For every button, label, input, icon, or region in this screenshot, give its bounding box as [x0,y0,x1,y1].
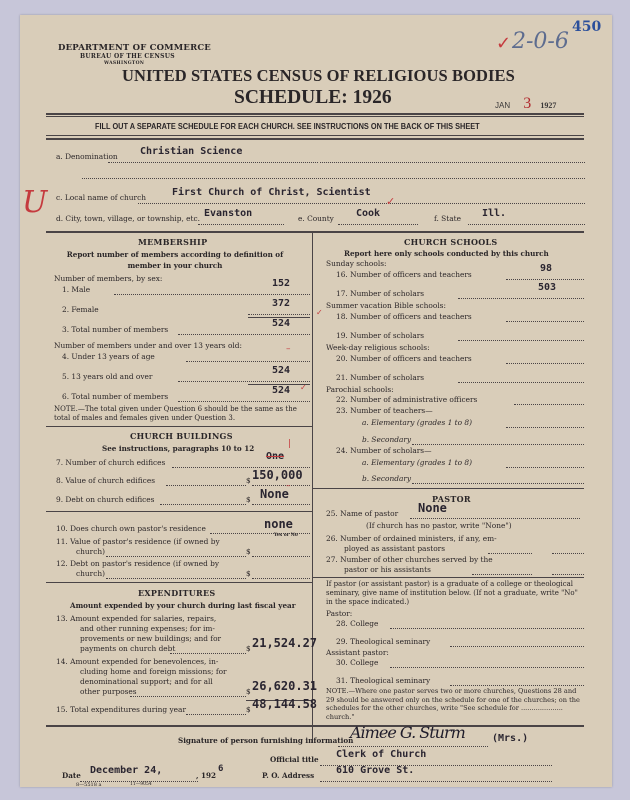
dotted-line [410,518,580,519]
expenditures-heading: EXPENDITURES [138,588,215,598]
dotted-line [390,628,584,629]
schools-heading: CHURCH SCHOOLS [404,237,498,247]
bureau-label: BUREAU OF THE CENSUS [80,53,175,60]
q27-label-2: pastor or his assistants [344,565,431,574]
q19-label: 19. Number of scholars [336,331,424,340]
q2-label: 2. Female [62,305,99,314]
dotted-line [338,224,418,225]
stamp-month: JAN [495,101,510,110]
dotted-line [514,404,584,405]
dotted-line [338,746,488,747]
check-mark-icon: ✓ [386,195,395,208]
summer-schools-label: Summer vacation Bible schools: [326,301,446,310]
divider [46,116,584,117]
q5-over13-field[interactable]: 524 [272,365,290,376]
stamp-number: 450 [572,19,601,35]
q11-label-2: church) [76,547,105,556]
divider [46,135,584,136]
q9-dollar: $ [246,495,251,504]
weekday-schools-label: Week-day religious schools: [326,343,430,352]
q22-label: 22. Number of administrative officers [336,395,477,404]
dotted-line [130,696,246,697]
dotted-line [552,574,584,575]
county-field[interactable]: Cook [356,208,380,219]
dotted-line [82,178,585,179]
dotted-line [468,224,585,225]
print-number: 11—9054 [130,782,152,787]
margin-mark: U [22,185,47,220]
dotted-line [252,485,310,486]
local-name-label: c. Local name of church [56,193,146,202]
address-label: P. O. Address [262,771,314,780]
dotted-line [450,685,584,686]
q8-label: 8. Value of church edifices [56,476,155,485]
dotted-line [506,427,584,428]
buildings-subheading: See instructions, paragraphs 10 to 12 [102,444,254,453]
q10-label: 10. Does church own pastor's residence [56,524,206,533]
official-title-label: Official title [270,755,319,764]
q2-female-field[interactable]: 372 [272,298,290,309]
graduate-note: If pastor (or assistant pastor) is a gra… [326,580,582,607]
q8-dollar: $ [246,476,251,485]
dotted-line [178,334,310,335]
check-mark-icon: ✓ [316,308,323,317]
q11-dollar: $ [246,547,251,556]
q15-label: 15. Total expenditures during year [56,705,186,714]
dotted-line [114,294,310,295]
schools-subheading: Report here only schools conducted by th… [344,249,549,258]
divider [46,582,312,583]
date-label: Date [62,771,81,780]
buildings-heading: CHURCH BUILDINGS [130,431,233,441]
department-label: DEPARTMENT OF COMMERCE [58,43,211,53]
q20-label: 20. Number of officers and teachers [336,354,472,363]
dotted-line [248,314,310,315]
q26-label: 26. Number of ordained ministers, if any… [326,534,497,543]
q26-label-2: ployed as assistant pastors [344,544,445,553]
dash-mark: – [286,481,291,491]
dotted-line [320,781,552,782]
dotted-line [450,646,584,647]
dotted-line [106,556,246,557]
divider [46,426,312,427]
q25-hint: (If church has no pastor, write "None") [366,521,512,530]
divider [46,138,584,140]
divider [312,488,584,489]
check-mark-icon: ✓ [300,383,307,392]
q18-label: 18. Number of officers and teachers [336,312,472,321]
q14-line: other purposes [80,687,137,696]
local-name-field[interactable]: First Church of Christ, Scientist [172,187,371,198]
q16-field[interactable]: 98 [540,263,552,274]
divider [46,231,584,233]
q9-label: 9. Debt on church edifices [56,495,154,504]
census-schedule-sheet: DEPARTMENT OF COMMERCE BUREAU OF THE CEN… [20,15,612,787]
by-sex-label: Number of members, by sex: [54,274,162,283]
age-label: Number of members under and over 13 year… [54,341,242,350]
year-prefix: , 192 [196,771,216,780]
q24b-label: b. Secondary [362,474,411,483]
q31-label: 31. Theological seminary [336,676,430,685]
q13-line: provements or new buildings; and for [80,634,221,643]
q23-label: 23. Number of teachers— [336,406,433,415]
signature-suffix: (Mrs.) [492,733,528,744]
dotted-line [108,162,318,163]
tick-mark: | [288,439,291,449]
dotted-line [458,298,584,299]
q16-label: 16. Number of officers and teachers [336,270,472,279]
q29-label: 29. Theological seminary [336,637,430,646]
dotted-line [252,504,310,505]
sunday-schools-label: Sunday schools: [326,259,386,268]
pastor-note: NOTE.—Where one pastor serves two or mor… [326,687,584,721]
q11-label: 11. Value of pastor's residence (if owne… [56,537,220,546]
q21-label: 21. Number of scholars [336,373,424,382]
q4-label: 4. Under 13 years of age [62,352,155,361]
q23b-label: b. Secondary [362,435,411,444]
q17-field[interactable]: 503 [538,282,556,293]
instruction-banner: FILL OUT A SEPARATE SCHEDULE FOR EACH CH… [95,122,480,131]
q7-label: 7. Number of church edifices [56,458,165,467]
dotted-line [160,504,246,505]
q3-label: 3. Total number of members [62,325,168,334]
dotted-line [198,224,284,225]
expenditures-subheading: Amount expended by your church during la… [70,601,295,610]
q13-line: and other running expenses; for im- [80,624,215,633]
divider [46,725,584,727]
dotted-line [106,578,246,579]
q9-debt-field[interactable]: None [260,487,289,501]
form-number: 8—5518 a [76,782,101,788]
dotted-line [186,361,310,362]
q15-dollar: $ [246,705,251,714]
check-mark-icon: ✓ [496,33,511,54]
county-label: e. County [298,214,334,223]
membership-subheading: Report number of members according to de… [64,249,286,271]
dotted-line [458,382,584,383]
q6-label: 6. Total number of members [62,392,168,401]
dotted-line [458,340,584,341]
q13-line: 13. Amount expended for salaries, repair… [56,614,216,623]
q14-dollar: $ [246,687,251,696]
signature-label: Signature of person furnishing informati… [178,736,353,745]
q27-label: 27. Number of other churches served by t… [326,555,493,564]
denomination-label: a. Denomination [56,152,118,161]
dotted-line [506,363,584,364]
divider [46,113,584,115]
q3-total-field[interactable]: 524 [272,318,290,329]
pastor-sub-label: Pastor: [326,609,352,618]
dash-mark: – [286,344,291,354]
assistant-pastor-label: Assistant pastor: [326,648,389,657]
dotted-line [506,321,584,322]
dotted-line [166,485,246,486]
q14-line: cluding home and foreign missions; for [80,667,227,676]
parochial-schools-label: Parochial schools: [326,385,394,394]
denomination-field[interactable]: Christian Science [140,146,242,157]
q14-amount-field[interactable]: 26,620.31 [252,679,317,693]
dotted-line [320,162,585,163]
dotted-line [178,381,310,382]
dotted-line [390,667,584,668]
q28-label: 28. College [336,619,378,628]
stamp-day: 3 [523,95,531,112]
q10-hint: Yes or No [274,533,298,538]
q12-label-2: church) [76,569,105,578]
q1-male-field[interactable]: 152 [272,278,290,289]
city-label: d. City, town, village, or township, etc… [56,214,200,223]
divider [46,511,312,512]
dotted-line [412,483,584,484]
dotted-line [412,444,584,445]
state-field[interactable]: Ill. [482,208,506,219]
q8-value-field[interactable]: 150,000 [252,468,303,482]
q6-total-field[interactable]: 524 [272,385,290,396]
address-field[interactable]: 610 Grove St. [336,765,414,776]
q14-line: 14. Amount expended for benevolences, in… [56,657,218,666]
q12-dollar: $ [246,569,251,578]
dotted-line [178,401,310,402]
q30-label: 30. College [336,658,378,667]
membership-note: NOTE.—The total given under Question 6 s… [54,405,308,423]
q14-line: denominational support; and for all [80,677,213,686]
q13-line: payments on church debt [80,644,175,653]
q24a-label: a. Elementary (grades 1 to 8) [362,458,472,467]
divider [312,577,584,578]
q13-dollar: $ [246,644,251,653]
q5-label: 5. 13 years old and over [62,372,152,381]
q25-pastor-name-field[interactable]: None [418,501,447,515]
pencil-code: 2-0-6 [512,29,569,54]
q23a-label: a. Elementary (grades 1 to 8) [362,418,472,427]
q12-label: 12. Debt on pastor's residence (if owned… [56,559,219,568]
dotted-line [506,467,584,468]
q10-residence-field[interactable]: none [264,517,293,531]
form-title: UNITED STATES CENSUS OF RELIGIOUS BODIES [122,66,515,86]
dotted-line [170,653,246,654]
year-digit-field[interactable]: 6 [218,764,223,774]
dotted-line [506,279,584,280]
dotted-line [488,553,532,554]
q24-label: 24. Number of scholars— [336,446,432,455]
state-label: f. State [434,214,461,223]
date-field[interactable]: December 24, [90,765,162,776]
dotted-line [138,203,585,204]
dotted-line [472,574,532,575]
dotted-line [252,578,310,579]
received-date-stamp: JAN 3 1927 [495,93,556,113]
stamp-year: 1927 [540,101,556,110]
membership-heading: MEMBERSHIP [138,237,207,247]
q15-total-field[interactable]: 48,144.58 [252,697,317,711]
dotted-line [186,714,246,715]
q1-label: 1. Male [62,285,90,294]
signature-field[interactable]: Aimee G. Sturm [350,723,465,742]
schedule-title: SCHEDULE: 1926 [234,87,392,109]
dotted-line [552,553,584,554]
q13-amount-field[interactable]: 21,524.27 [252,636,317,650]
q7-edifices-field[interactable]: One [266,451,284,462]
q25-label: 25. Name of pastor [326,509,398,518]
city-field[interactable]: Evanston [204,208,252,219]
q17-label: 17. Number of scholars [336,289,424,298]
dotted-line [252,556,310,557]
official-title-field[interactable]: Clerk of Church [336,749,426,760]
